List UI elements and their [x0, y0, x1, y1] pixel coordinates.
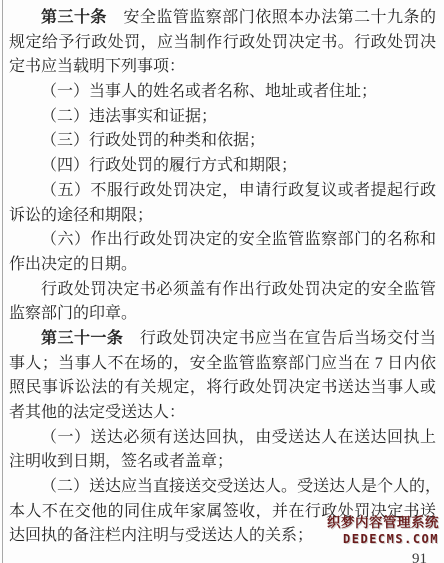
- body-text: 安全监管监察部门依照本办法第二十九条的: [107, 9, 436, 26]
- page-left-border: [2, 0, 3, 563]
- text-line-18: （一）送达必须有送达回执，由受送达人在送达回执上: [9, 426, 436, 451]
- text-line-6: （三）行政处罚的种类和依据；: [9, 129, 436, 154]
- page-number: 91: [412, 551, 427, 563]
- body-text: 事人；当事人不在场的，安全监管监察部门应当在 7 日内依: [9, 355, 436, 372]
- text-line-15: 事人；当事人不在场的，安全监管监察部门应当在 7 日内依: [9, 352, 436, 377]
- body-text: （三）行政处罚的种类和依据；: [41, 132, 265, 149]
- body-text: （二）违法事实和证据；: [41, 108, 217, 125]
- text-line-13: 监察部门的印章。: [9, 302, 436, 327]
- text-line-16: 照民事诉讼法的有关规定，将行政处罚决定书送达当事人或: [9, 376, 436, 401]
- text-line-3: 定书应当载明下列事项：: [9, 55, 436, 80]
- document-page: { "page": { "number": "91", "background"…: [0, 0, 444, 563]
- text-line-9: 诉讼的途径和期限；: [9, 204, 436, 229]
- text-line-7: （四）行政处罚的履行方式和期限；: [9, 154, 436, 179]
- body-text: （一）送达必须有送达回执，由受送达人在送达回执上: [41, 429, 436, 446]
- body-text: 照民事诉讼法的有关规定，将行政处罚决定书送达当事人或: [9, 379, 436, 396]
- text-line-17: 者其他的法定受送达人：: [9, 401, 436, 426]
- document-text-block: 第三十条 安全监管监察部门依照本办法第二十九条的规定给予行政处罚，应当制作行政处…: [9, 6, 436, 549]
- body-text: 监察部门的印章。: [9, 305, 137, 322]
- body-text: 者其他的法定受送达人：: [9, 404, 185, 421]
- text-line-10: （六）作出行政处罚决定的安全监管监察部门的名称和: [9, 228, 436, 253]
- watermark-domain-text: DEDECMS.COM: [327, 532, 439, 546]
- body-text: （二）送达应当直接送交受送达人。受送达人是个人的，: [41, 478, 436, 495]
- body-text: （四）行政处罚的履行方式和期限；: [41, 157, 297, 174]
- body-text: 注明收到日期，签名或者盖章；: [9, 453, 233, 470]
- body-text: （五）不服行政处罚决定，申请行政复议或者提起行政: [41, 182, 436, 199]
- watermark-chinese-text: 织梦内容管理系统: [327, 515, 439, 531]
- text-line-20: （二）送达应当直接送交受送达人。受送达人是个人的，: [9, 475, 436, 500]
- text-line-4: （一）当事人的姓名或者名称、地址或者住址；: [9, 80, 436, 105]
- body-text: （六）作出行政处罚决定的安全监管监察部门的名称和: [41, 231, 436, 248]
- body-text: 规定给予行政处罚，应当制作行政处罚决定书。行政处罚决: [9, 34, 436, 51]
- article-heading: 第三十一条: [41, 330, 123, 347]
- body-text: 作出决定的日期。: [9, 256, 137, 273]
- body-text: 诉讼的途径和期限；: [9, 207, 153, 224]
- body-text: 行政处罚决定书应当在宣告后当场交付当: [123, 330, 436, 347]
- body-text: 达回执的备注栏内注明与受送达人的关系；: [9, 527, 313, 544]
- text-line-5: （二）违法事实和证据；: [9, 105, 436, 130]
- text-line-11: 作出决定的日期。: [9, 253, 436, 278]
- text-line-8: （五）不服行政处罚决定，申请行政复议或者提起行政: [9, 179, 436, 204]
- text-line-1: 第三十条 安全监管监察部门依照本办法第二十九条的: [9, 6, 436, 31]
- text-line-12: 行政处罚决定书必须盖有作出行政处罚决定的安全监管: [9, 278, 436, 303]
- body-text: 定书应当载明下列事项：: [9, 58, 185, 75]
- article-heading: 第三十条: [41, 9, 107, 26]
- text-line-14: 第三十一条 行政处罚决定书应当在宣告后当场交付当: [9, 327, 436, 352]
- text-line-19: 注明收到日期，签名或者盖章；: [9, 450, 436, 475]
- cms-watermark: 织梦内容管理系统 DEDECMS.COM: [327, 515, 439, 546]
- text-line-2: 规定给予行政处罚，应当制作行政处罚决定书。行政处罚决: [9, 31, 436, 56]
- body-text: （一）当事人的姓名或者名称、地址或者住址；: [41, 83, 377, 100]
- body-text: 行政处罚决定书必须盖有作出行政处罚决定的安全监管: [41, 281, 436, 298]
